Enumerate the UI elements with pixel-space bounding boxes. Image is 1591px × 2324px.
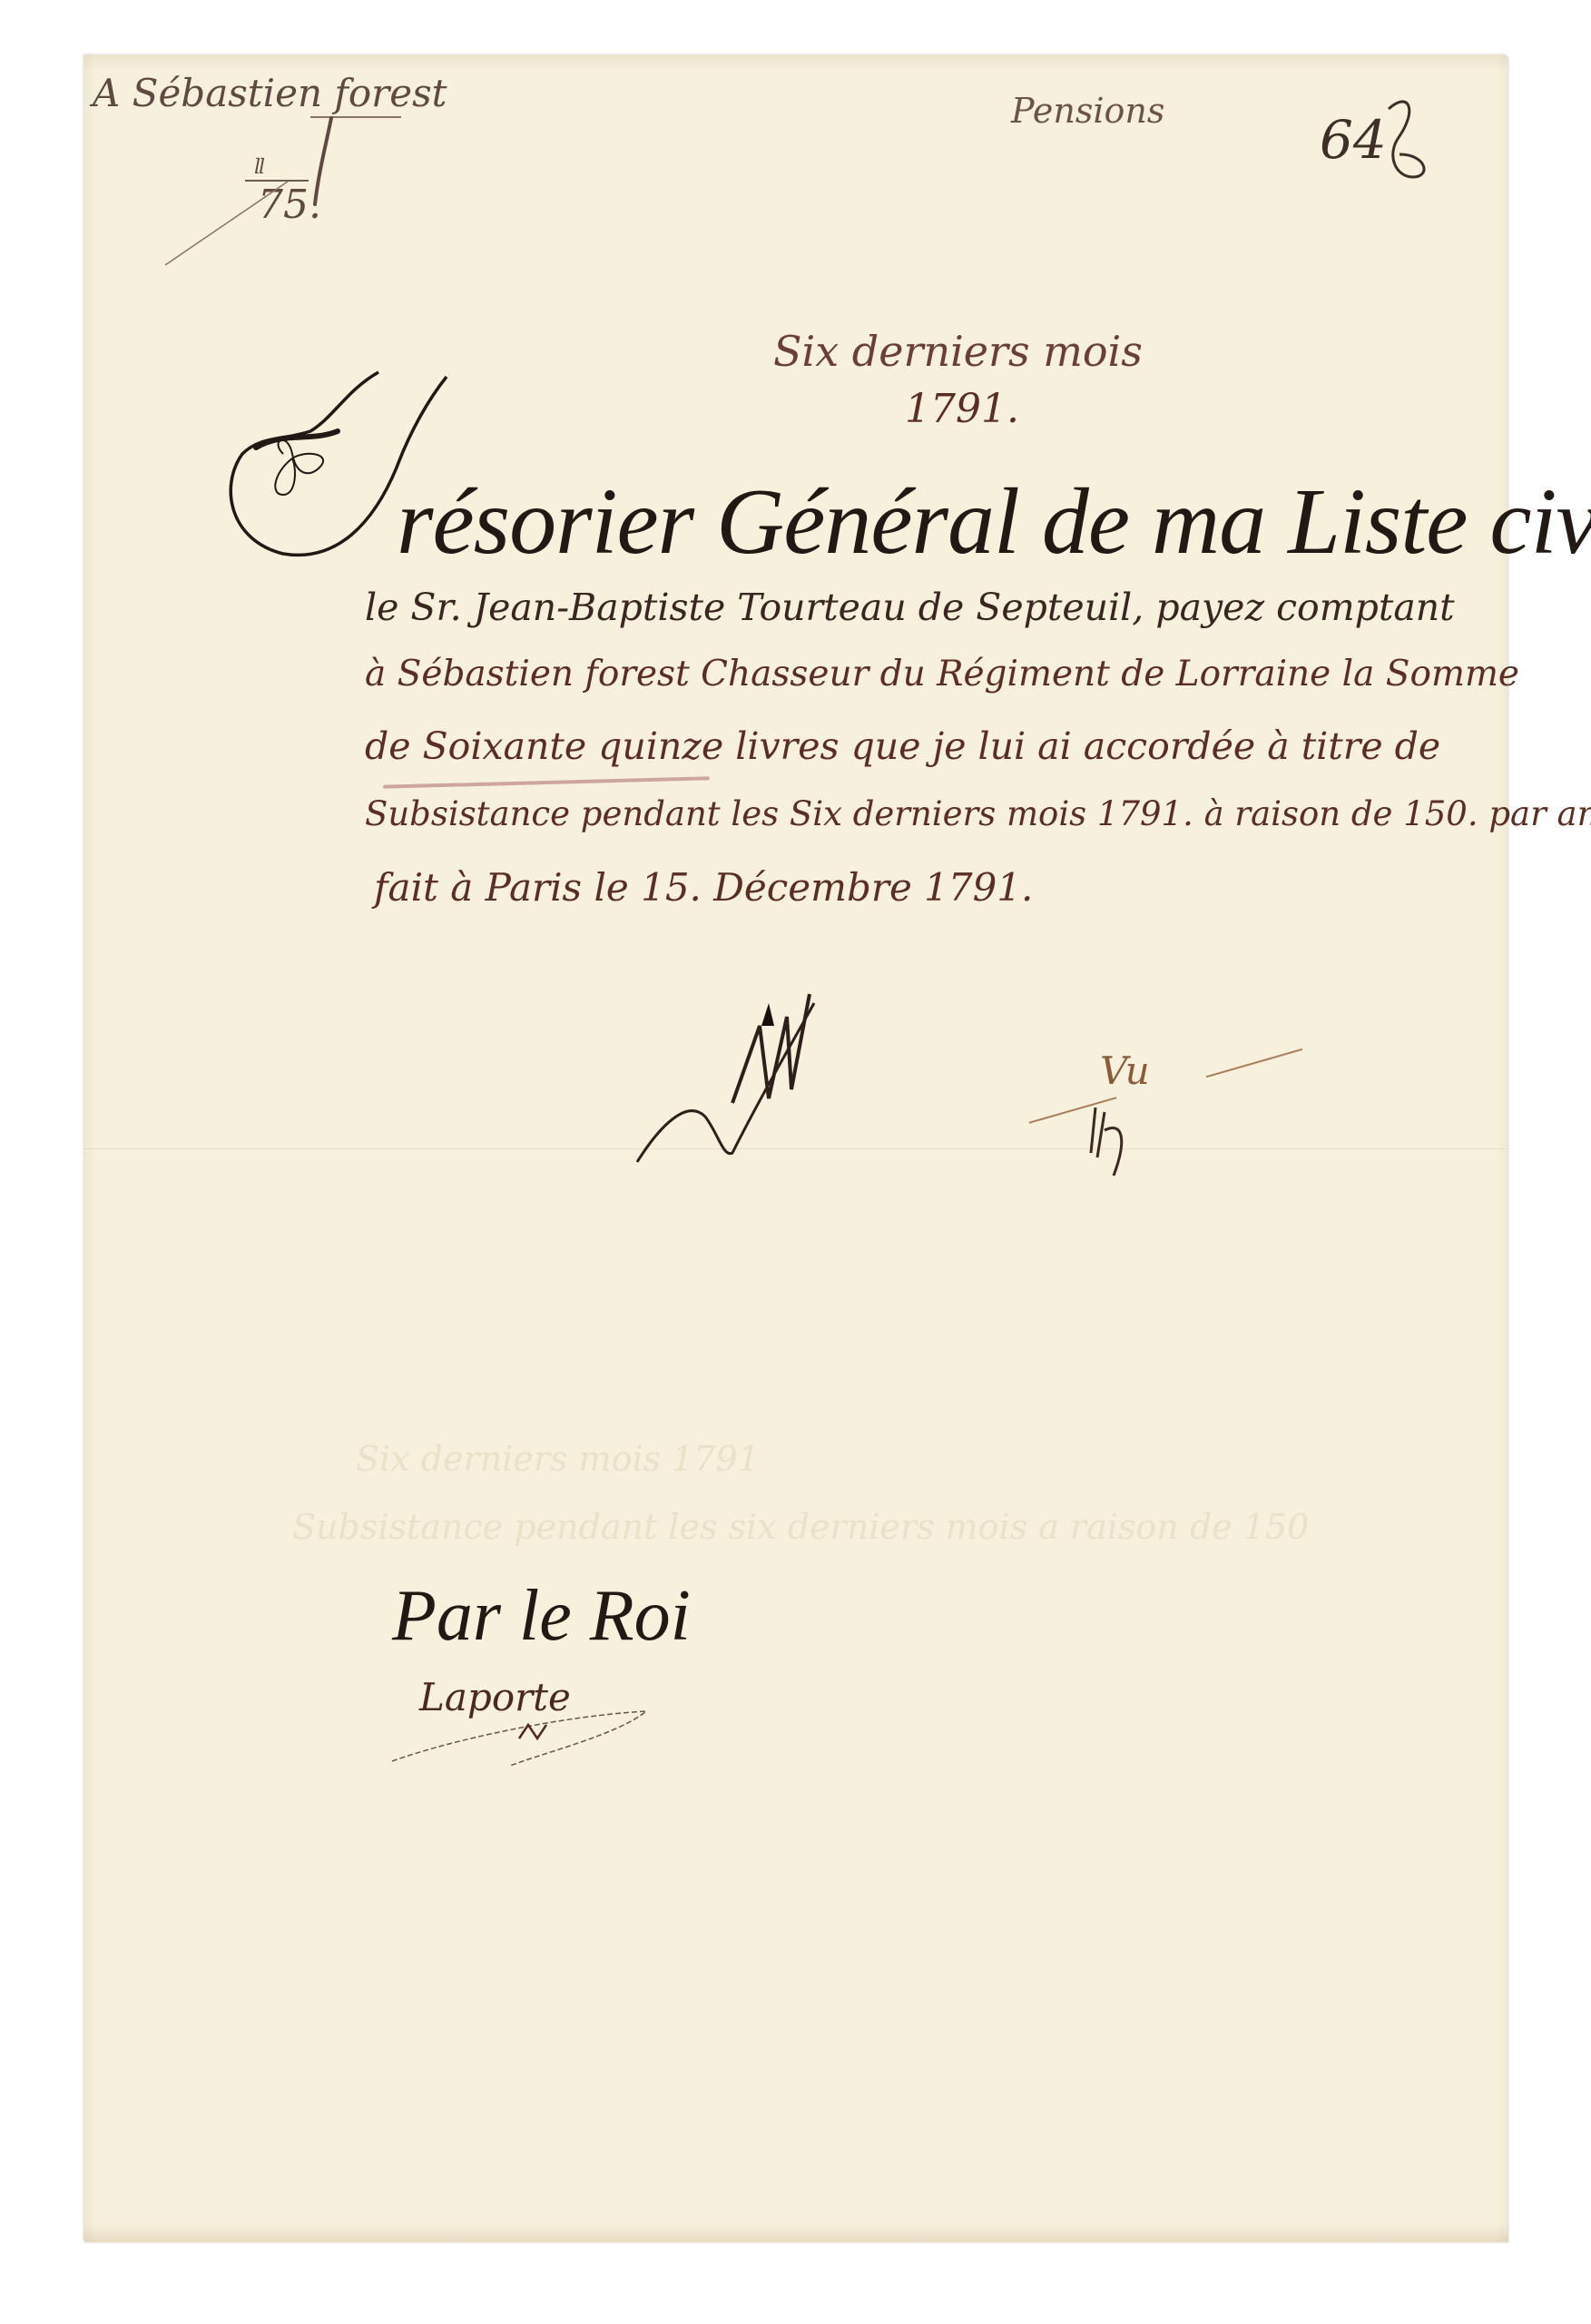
body-line-3: de Soixante quinze livres que je lui ai …	[365, 724, 1440, 768]
body-line-2: à Sébastien forest Chasseur du Régiment …	[365, 654, 1519, 694]
folio-number: 64	[1320, 109, 1387, 171]
countersign-heading: Par le Roi	[392, 1575, 691, 1658]
amount-fraction-mark: ll	[254, 156, 263, 179]
amount-slash-stroke-icon	[165, 182, 292, 272]
document-paper: A Sébastien forest ll 75. Pensions 64 Si…	[83, 54, 1508, 2242]
royal-signature: Louis	[719, 1176, 721, 1177]
clerk-mark: Vu	[1100, 1049, 1150, 1093]
amount-red-underline	[383, 776, 710, 788]
countersign-paraph-icon	[383, 1689, 655, 1770]
royal-signature-flourish-icon	[633, 990, 823, 1171]
clerk-paraph-icon	[1086, 1098, 1141, 1180]
body-line-1: le Sr. Jean-Baptiste Tourteau de Septeui…	[365, 586, 1455, 629]
document-title: résorier Général de ma Liste civile,	[397, 468, 1591, 576]
bleed-through-line-2: Subsistance pendant les six derniers moi…	[292, 1507, 1309, 1547]
recipient-note: A Sébastien forest	[93, 71, 447, 115]
period-heading-year: 1791.	[905, 386, 1019, 432]
body-line-4: Subsistance pendant les Six derniers moi…	[365, 794, 1591, 833]
clerk-mark-rule-right	[1206, 1049, 1302, 1078]
body-line-5-date: fait à Paris le 15. Décembre 1791.	[374, 865, 1033, 910]
bleed-through-line-1: Six derniers mois 1791	[356, 1439, 760, 1479]
category-note: Pensions	[1011, 91, 1164, 131]
period-heading-line1: Six derniers mois	[773, 327, 1143, 376]
folio-flourish-icon	[1381, 91, 1436, 191]
